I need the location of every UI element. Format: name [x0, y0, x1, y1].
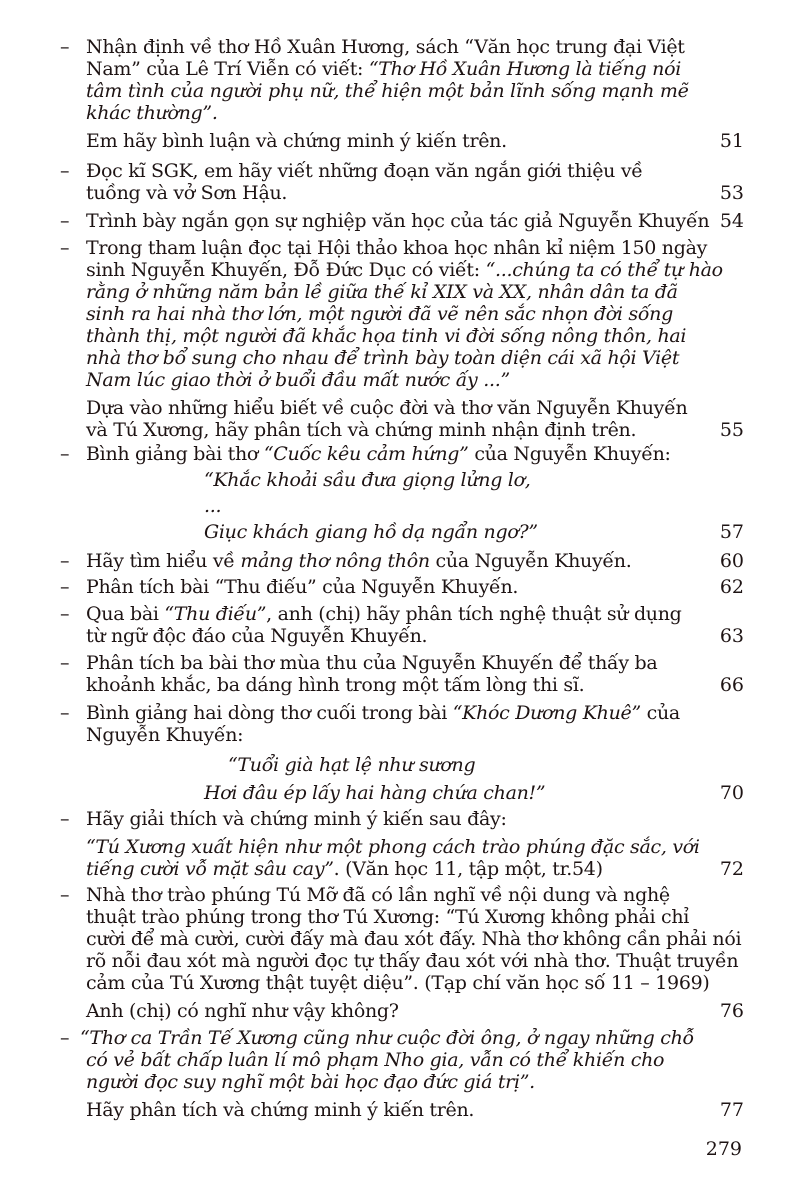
task-text: và Tú Xương, hãy phân tích và chứng minh…: [86, 419, 676, 441]
quote-text: “Thơ ca Trần Tế Xương cũng như cuộc đời …: [80, 1027, 670, 1049]
entry-text: Trình bày ngắn gọn sự nghiệp văn học của…: [86, 210, 676, 232]
poem-title: “Thu điếu”: [164, 603, 266, 625]
toc-entry: – Hãy giải thích và chứng minh ý kiến sa…: [60, 808, 744, 880]
page-number: 279: [706, 1138, 742, 1160]
entry-text: Trong tham luận đọc tại Hội thảo khoa họ…: [86, 237, 676, 259]
poem-title: “Cuốc kêu cảm hứng”: [264, 443, 469, 465]
quote-text: có vẻ bất chấp luân lí mô phạm Nho gia, …: [80, 1049, 670, 1071]
bullet-dash: –: [60, 237, 80, 259]
page-ref: 63: [704, 625, 744, 647]
poem-line: “Tuổi già hạt lệ như sương: [228, 754, 475, 776]
entry-text: Bình giảng hai dòng thơ cuối trong bài: [86, 702, 453, 724]
poem-line: Giục khách giang hồ dạ ngẩn ngơ?”: [204, 521, 538, 543]
bullet-dash: –: [60, 603, 80, 625]
page-ref: 70: [704, 782, 744, 804]
entry-text: của: [641, 702, 680, 724]
page-ref: 55: [704, 419, 744, 441]
page-ref: 72: [704, 858, 744, 880]
bullet-dash: –: [60, 443, 80, 465]
quote-text: người đọc suy nghĩ một bài học đạo đức g…: [80, 1071, 670, 1093]
entry-text: cười để mà cười, cười đấy mà đau xót đấy…: [86, 928, 676, 950]
entry-text: từ ngữ độc đáo của Nguyễn Khuyến.: [86, 625, 676, 647]
task-text: Hãy phân tích và chứng minh ý kiến trên.: [80, 1099, 670, 1121]
bullet-dash: –: [60, 160, 80, 182]
entry-text: Hãy tìm hiểu về: [86, 550, 240, 572]
entry-text: Nguyễn Khuyến:: [86, 724, 676, 746]
poem-ellipsis: ...: [204, 495, 221, 517]
bullet-dash: –: [60, 1027, 80, 1049]
page-ref: 62: [704, 576, 744, 598]
entry-text: rõ nỗi đau xót mà người đọc tự thấy đau …: [86, 950, 676, 972]
toc-entry: – “Thơ ca Trần Tế Xương cũng như cuộc đờ…: [60, 1027, 744, 1121]
book-page: – Nhận định về thơ Hồ Xuân Hương, sách “…: [0, 0, 800, 1189]
bullet-dash: –: [60, 210, 80, 232]
poem-line: Hơi đâu ép lấy hai hàng chứa chan!”: [204, 782, 545, 804]
emphasis-text: mảng thơ nông thôn: [240, 550, 429, 572]
entry-text: sinh Nguyễn Khuyến, Đỗ Đức Dục có viết:: [86, 259, 486, 281]
entry-text: Hãy giải thích và chứng minh ý kiến sau …: [86, 808, 676, 830]
page-ref: 66: [704, 674, 744, 696]
quote-text: “Tú Xương xuất hiện như một phong cách t…: [86, 836, 700, 858]
entry-text: thuật trào phúng trong thơ Tú Xương: “Tú…: [86, 906, 676, 928]
entry-text: Nhà thơ trào phúng Tú Mỡ đã có lần nghĩ …: [86, 884, 676, 906]
entry-text: cảm của Tú Xương thật tuyệt diệu”. (Tạp …: [86, 972, 676, 994]
entry-text: của Nguyễn Khuyến:: [469, 443, 671, 465]
page-ref: 76: [704, 1000, 744, 1022]
task-text: Dựa vào những hiểu biết về cuộc đời và t…: [86, 397, 676, 419]
quote-text: khác thường”.: [86, 102, 218, 124]
entry-text: Nhận định về thơ Hồ Xuân Hương, sách “Vă…: [86, 36, 676, 58]
bullet-dash: –: [60, 550, 80, 572]
entry-text: Nam” của Lê Trí Viễn có viết:: [86, 58, 369, 80]
bullet-dash: –: [60, 702, 80, 724]
entry-text: Đọc kĩ SGK, em hãy viết những đoạn văn n…: [86, 160, 676, 182]
quote-text: “...chúng ta có thể tự hào: [486, 259, 723, 281]
entry-text: Bình giảng bài thơ: [86, 443, 264, 465]
toc-entry: – Qua bài “Thu điếu”, anh (chị) hãy phân…: [60, 603, 744, 647]
entry-text: Phân tích ba bài thơ mùa thu của Nguyễn …: [86, 652, 676, 674]
quote-text: “Thơ Hồ Xuân Hương là tiếng nói: [369, 58, 681, 80]
quote-text: tâm tình của người phụ nữ, thể hiện một …: [86, 80, 689, 102]
entry-text: Phân tích bài “Thu điếu” của Nguyễn Khuy…: [86, 576, 676, 598]
quote-text: Nam lúc giao thời ở buổi đầu mất nước ấy…: [86, 369, 510, 391]
quote-text: nhà thơ bổ sung cho nhau để trình bày to…: [86, 347, 679, 369]
bullet-dash: –: [60, 884, 80, 906]
toc-entry: – Phân tích ba bài thơ mùa thu của Nguyễ…: [60, 652, 744, 696]
toc-entry: – Nhận định về thơ Hồ Xuân Hương, sách “…: [60, 36, 744, 152]
page-ref: 54: [704, 210, 744, 232]
page-ref: 77: [704, 1099, 744, 1121]
bullet-dash: –: [60, 652, 80, 674]
bullet-dash: –: [60, 576, 80, 598]
page-ref: 57: [704, 521, 744, 543]
bullet-dash: –: [60, 36, 80, 58]
quote-text: tiếng cười vỗ mặt sâu cay”: [86, 858, 334, 880]
poem-title: “Khóc Dương Khuê”: [453, 702, 641, 724]
quote-text: sinh ra hai nhà thơ lớn, một người đã vẽ…: [86, 303, 673, 325]
quote-text: thành thị, một người đã khắc họa tinh vi…: [86, 325, 686, 347]
toc-entry: – Đọc kĩ SGK, em hãy viết những đoạn văn…: [60, 160, 744, 204]
toc-entry: – Hãy tìm hiểu về mảng thơ nông thôn của…: [60, 550, 744, 572]
toc-entry: – Trong tham luận đọc tại Hội thảo khoa …: [60, 237, 744, 441]
task-text: Em hãy bình luận và chứng minh ý kiến tr…: [86, 130, 676, 152]
page-ref: 53: [704, 182, 744, 204]
entry-text: tuồng và vở Sơn Hậu.: [86, 182, 676, 204]
toc-entry: – Nhà thơ trào phúng Tú Mỡ đã có lần ngh…: [60, 884, 744, 1022]
entry-text: của Nguyễn Khuyến.: [430, 550, 632, 572]
poem-line: “Khắc khoải sầu đưa giọng lửng lơ,: [204, 469, 530, 491]
citation-text: . (Văn học 11, tập một, tr.54): [334, 858, 603, 880]
page-ref: 60: [704, 550, 744, 572]
toc-entry: – Phân tích bài “Thu điếu” của Nguyễn Kh…: [60, 576, 744, 598]
entry-text: Qua bài: [86, 603, 164, 625]
quote-text: rằng ở những năm bản lề giữa thế kỉ XIX …: [86, 281, 678, 303]
task-text: Anh (chị) có nghĩ như vậy không?: [86, 1000, 676, 1022]
toc-entry: – Bình giảng hai dòng thơ cuối trong bài…: [60, 702, 744, 804]
bullet-dash: –: [60, 808, 80, 830]
entry-text: khoảnh khắc, ba dáng hình trong một tấm …: [86, 674, 676, 696]
entry-text: , anh (chị) hãy phân tích nghệ thuật sử …: [266, 603, 681, 625]
page-ref: 51: [704, 130, 744, 152]
toc-entry: – Trình bày ngắn gọn sự nghiệp văn học c…: [60, 210, 744, 232]
toc-entry: – Bình giảng bài thơ “Cuốc kêu cảm hứng”…: [60, 443, 744, 543]
